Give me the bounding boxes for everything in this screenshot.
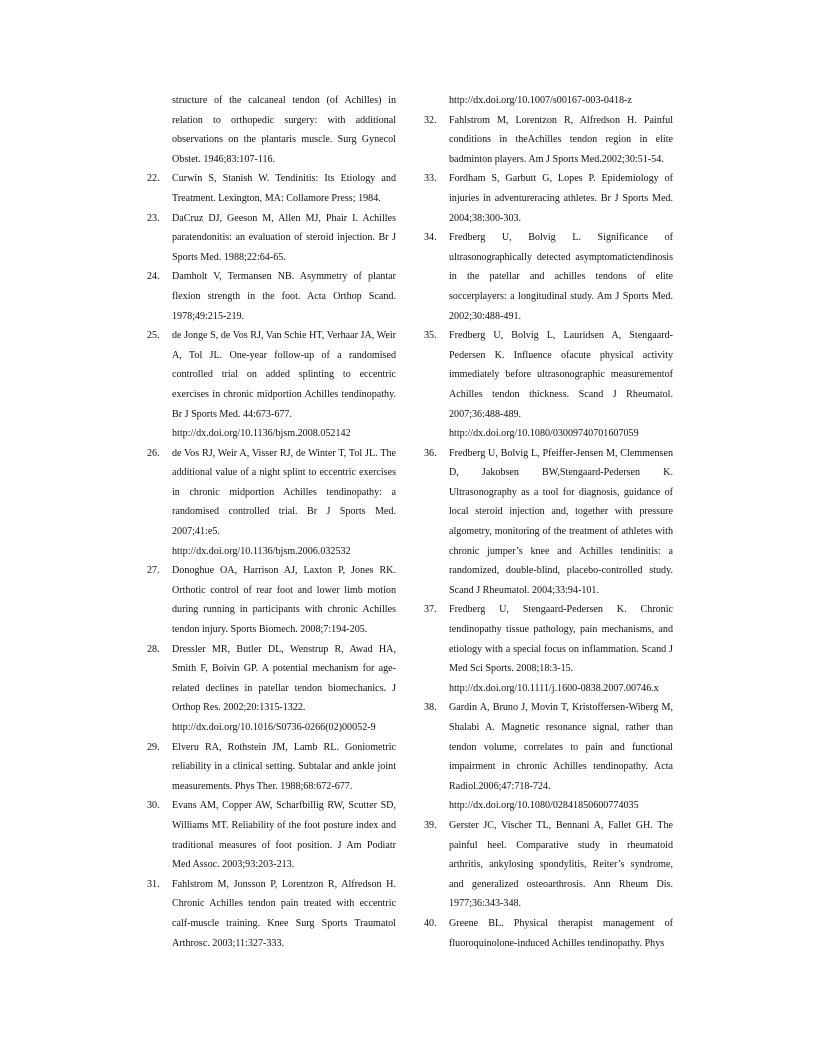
reference-item: 28.Dressler MR, Butler DL, Wenstrup R, A… <box>147 640 396 738</box>
reference-text: Fredberg U, Bolvig L, Lauridsen A, Steng… <box>449 326 673 424</box>
reference-item: 37.Fredberg U, Stengaard-Pedersen K. Chr… <box>424 600 673 698</box>
reference-number: 32. <box>424 111 437 131</box>
reference-item: 23.DaCruz DJ, Geeson M, Allen MJ, Phair … <box>147 209 396 268</box>
reference-doi-link[interactable]: http://dx.doi.org/10.1080/02841850600774… <box>449 796 673 816</box>
reference-number: 30. <box>147 796 160 816</box>
reference-text: DaCruz DJ, Geeson M, Allen MJ, Phair I. … <box>172 209 396 268</box>
reference-number: 33. <box>424 169 437 189</box>
left-column: structure of the calcaneal tendon (of Ac… <box>147 91 401 953</box>
reference-text: de Vos RJ, Weir A, Visser RJ, de Winter … <box>172 444 396 542</box>
reference-item: 27.Donoghue OA, Harrison AJ, Laxton P, J… <box>147 561 396 639</box>
reference-text: Fahlstrom M, Jonsson P, Lorentzon R, Alf… <box>172 875 396 953</box>
reference-item: 36.Fredberg U, Bolvig L, Pfeiffer-Jensen… <box>424 444 673 601</box>
reference-number: 39. <box>424 816 437 836</box>
reference-item: 24.Damholt V, Termansen NB. Asymmetry of… <box>147 267 396 326</box>
reference-list: 22.Curwin S, Stanish W. Tendinitis: Its … <box>147 169 401 953</box>
reference-item: 33.Fordham S, Garbutt G, Lopes P. Epidem… <box>424 169 673 228</box>
reference-text: Gardin A, Bruno J, Movin T, Kristofferse… <box>449 698 673 796</box>
reference-continuation: structure of the calcaneal tendon (of Ac… <box>172 91 396 169</box>
reference-number: 23. <box>147 209 160 229</box>
reference-number: 31. <box>147 875 160 895</box>
reference-text: Fredberg U, Bolvig L, Pfeiffer-Jensen M,… <box>449 444 673 601</box>
reference-text: Donoghue OA, Harrison AJ, Laxton P, Jone… <box>172 561 396 639</box>
reference-text: Gerster JC, Vischer TL, Bennani A, Falle… <box>449 816 673 914</box>
reference-text: Greene BL. Physical therapist management… <box>449 914 673 953</box>
reference-number: 26. <box>147 444 160 464</box>
reference-item: 34.Fredberg U, Bolvig L. Significance of… <box>424 228 673 326</box>
reference-item: 26.de Vos RJ, Weir A, Visser RJ, de Wint… <box>147 444 396 562</box>
reference-number: 24. <box>147 267 160 287</box>
right-column: http://dx.doi.org/10.1007/s00167-003-041… <box>424 91 678 953</box>
reference-doi-link[interactable]: http://dx.doi.org/10.1136/bjsm.2008.0521… <box>172 424 396 444</box>
reference-text: Fredberg U, Bolvig L. Significance of ul… <box>449 228 673 326</box>
reference-number: 27. <box>147 561 160 581</box>
reference-item: 40.Greene BL. Physical therapist managem… <box>424 914 673 953</box>
reference-number: 37. <box>424 600 437 620</box>
reference-item: 29.Elveru RA, Rothstein JM, Lamb RL. Gon… <box>147 738 396 797</box>
reference-number: 35. <box>424 326 437 346</box>
reference-item: 32.Fahlstrom M, Lorentzon R, Alfredson H… <box>424 111 673 170</box>
reference-text: Damholt V, Termansen NB. Asymmetry of pl… <box>172 267 396 326</box>
reference-number: 22. <box>147 169 160 189</box>
reference-item: 35.Fredberg U, Bolvig L, Lauridsen A, St… <box>424 326 673 444</box>
reference-doi-link[interactable]: http://dx.doi.org/10.1080/03009740701607… <box>449 424 673 444</box>
reference-text: Elveru RA, Rothstein JM, Lamb RL. Goniom… <box>172 738 396 797</box>
reference-doi-link[interactable]: http://dx.doi.org/10.1016/S0736-0266(02)… <box>172 718 396 738</box>
reference-item: 25.de Jonge S, de Vos RJ, Van Schie HT, … <box>147 326 396 444</box>
reference-text: de Jonge S, de Vos RJ, Van Schie HT, Ver… <box>172 326 396 424</box>
reference-text: Fahlstrom M, Lorentzon R, Alfredson H. P… <box>449 111 673 170</box>
reference-number: 38. <box>424 698 437 718</box>
reference-number: 40. <box>424 914 437 934</box>
reference-list: 32.Fahlstrom M, Lorentzon R, Alfredson H… <box>424 111 678 954</box>
reference-number: 36. <box>424 444 437 464</box>
reference-number: 29. <box>147 738 160 758</box>
reference-item: 38.Gardin A, Bruno J, Movin T, Kristoffe… <box>424 698 673 816</box>
reference-text: Fordham S, Garbutt G, Lopes P. Epidemiol… <box>449 169 673 228</box>
reference-continuation-url[interactable]: http://dx.doi.org/10.1007/s00167-003-041… <box>449 91 673 111</box>
reference-text: Curwin S, Stanish W. Tendinitis: Its Eti… <box>172 169 396 208</box>
reference-item: 39.Gerster JC, Vischer TL, Bennani A, Fa… <box>424 816 673 914</box>
reference-item: 22.Curwin S, Stanish W. Tendinitis: Its … <box>147 169 396 208</box>
reference-item: 30.Evans AM, Copper AW, Scharfbillig RW,… <box>147 796 396 874</box>
reference-number: 28. <box>147 640 160 660</box>
reference-text: Fredberg U, Stengaard-Pedersen K. Chroni… <box>449 600 673 678</box>
reference-text: Evans AM, Copper AW, Scharfbillig RW, Sc… <box>172 796 396 874</box>
reference-doi-link[interactable]: http://dx.doi.org/10.1111/j.1600-0838.20… <box>449 679 673 699</box>
reference-number: 34. <box>424 228 437 248</box>
reference-number: 25. <box>147 326 160 346</box>
reference-text: Dressler MR, Butler DL, Wenstrup R, Awad… <box>172 640 396 718</box>
reference-doi-link[interactable]: http://dx.doi.org/10.1136/bjsm.2006.0325… <box>172 542 396 562</box>
reference-item: 31.Fahlstrom M, Jonsson P, Lorentzon R, … <box>147 875 396 953</box>
